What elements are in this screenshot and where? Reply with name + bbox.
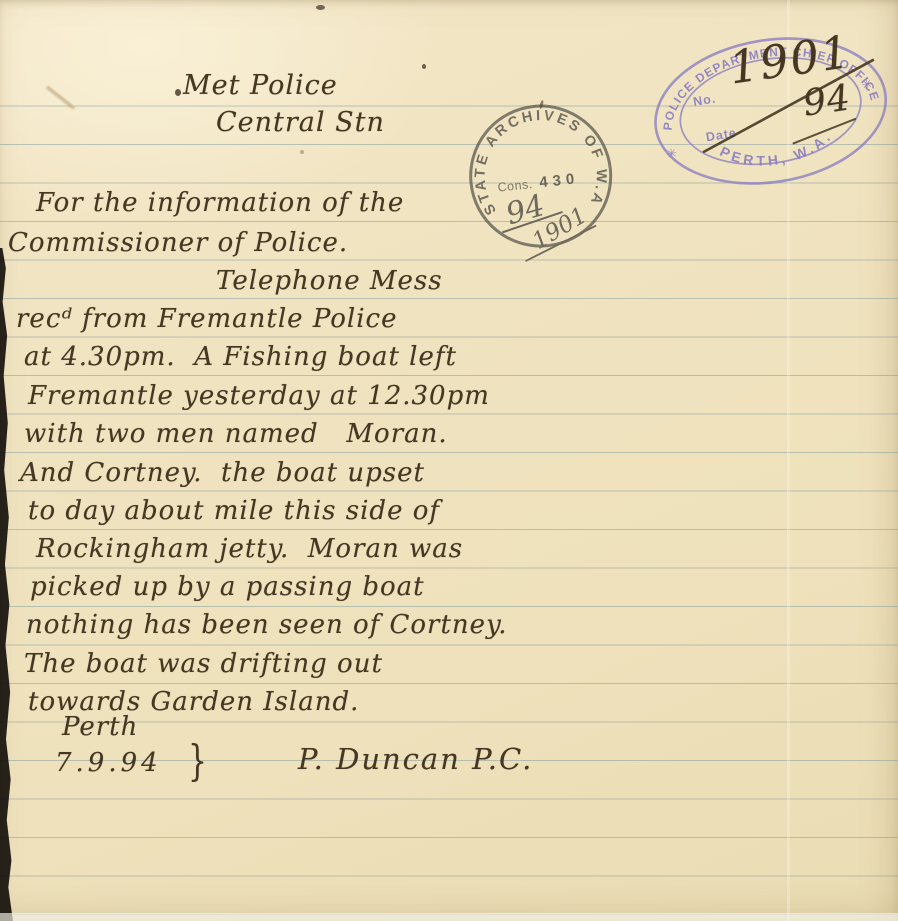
ink-speck (300, 150, 304, 154)
body-line: nothing has been seen of Cortney. (26, 610, 508, 640)
dateline-place: Perth (62, 712, 138, 742)
body-line: Rockingham jetty. Moran was (36, 534, 463, 564)
flower-icon: ✳ (665, 145, 678, 162)
body-line: Telephone Mess (216, 266, 443, 296)
body-line: to day about mile this side of (28, 496, 440, 526)
body-line: Commissioner of Police. (8, 228, 348, 258)
body-line: at 4.30pm. A Fishing boat left (24, 342, 457, 372)
letterhead-line1: Met Police (183, 70, 338, 101)
body-line: For the information of the (36, 188, 404, 218)
ink-speck (175, 89, 181, 96)
dateline-date: 7.9.94 (55, 748, 162, 778)
scan-edge-bottom (0, 913, 898, 921)
ink-speck (316, 5, 325, 10)
written-year-94: 94 (801, 77, 854, 124)
archives-cons-number: 430 (538, 170, 580, 191)
state-archives-stamp: STATE ARCHIVES OF W.A. Cons. 430 94 1901 (451, 86, 633, 272)
signature: P. Duncan P.C. (298, 742, 533, 776)
body-line: Fremantle yesterday at 12.30pm (28, 381, 490, 411)
ink-speck (422, 64, 426, 69)
body-line: with two men named Moran. (24, 419, 448, 449)
body-line: And Cortney. the boat upset (20, 458, 425, 488)
letterhead-line2: Central Stn (216, 107, 385, 138)
body-line: recᵈ from Fremantle Police (16, 304, 398, 334)
scanned-letter-page: Met Police Central Stn For the informati… (0, 0, 898, 921)
dateline-brace: } (188, 736, 207, 785)
body-line: The boat was drifting out (24, 649, 383, 679)
body-line: picked up by a passing boat (30, 572, 425, 602)
